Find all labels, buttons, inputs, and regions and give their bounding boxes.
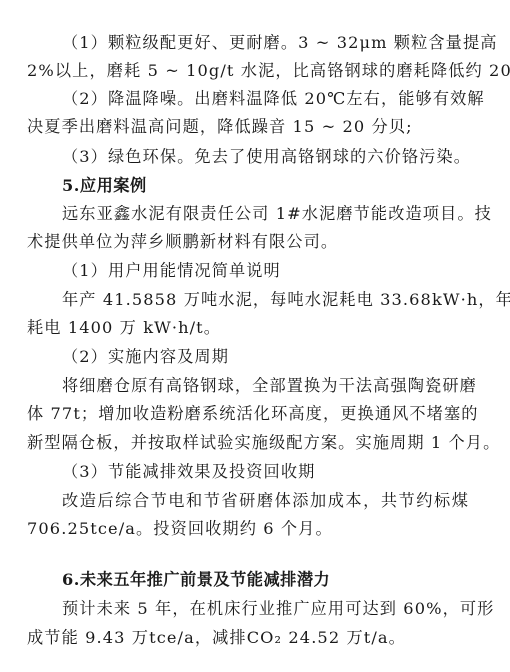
subsection-2-heading: （2）实施内容及周期 — [62, 346, 469, 368]
energy-usage-text: 年产 41.5858 万吨水泥，每吨水泥耗电 33.68kW·h，年 — [62, 289, 469, 311]
savings-text: 改造后综合节电和节省研磨体添加成本，共节约标煤 — [62, 490, 469, 512]
case-intro: 远东亚鑫水泥有限责任公司 1#水泥磨节能改造项目。技 — [62, 203, 469, 225]
section-5-heading: 5.应用案例 — [62, 175, 469, 197]
energy-usage-continuation: 耗电 1400 万 kW·h/t。 — [27, 317, 469, 339]
item-3-green: （3）绿色环保。免去了使用高铬钢球的六价铬污染。 — [62, 146, 469, 168]
outlook-text: 预计未来 5 年，在机床行业推广应用可达到 60%，可形 — [62, 598, 469, 620]
implementation-text: 将细磨仓原有高铬钢球，全部置换为干法高强陶瓷研磨 — [62, 375, 469, 397]
subsection-1-heading: （1）用户用能情况简单说明 — [62, 260, 469, 282]
item-2-cooling-noise: （2）降温降噪。出磨料温降低 20℃左右，能够有效解 — [62, 88, 469, 110]
section-6-heading: 6.未来五年推广前景及节能减排潜力 — [62, 569, 469, 591]
item-1-particle-grading: （1）颗粒级配更好、更耐磨。3 ~ 32μm 颗粒含量提高 — [62, 32, 469, 54]
document-page: （1）颗粒级配更好、更耐磨。3 ~ 32μm 颗粒含量提高 2%以上，磨耗 5 … — [0, 0, 510, 672]
item-1-continuation: 2%以上，磨耗 5 ~ 10g/t 水泥，比高铬钢球的磨耗降低约 20g/t; — [27, 60, 469, 82]
case-intro-continuation: 术提供单位为萍乡顺鹏新材料有限公司。 — [27, 231, 469, 253]
subsection-3-heading: （3）节能减排效果及投资回收期 — [62, 461, 469, 483]
outlook-continuation: 成节能 9.43 万tce/a，减排CO₂ 24.52 万t/a。 — [27, 627, 469, 649]
implementation-continuation-1: 体 77t；增加收造粉磨系统活化环高度，更换通风不堵塞的 — [27, 403, 469, 425]
savings-continuation: 706.25tce/a。投资回收期约 6 个月。 — [27, 518, 469, 540]
item-2-continuation: 决夏季出磨料温高问题，降低躁音 15 ~ 20 分贝; — [27, 116, 469, 138]
implementation-continuation-2: 新型隔仓板，并按取样试验实施级配方案。实施周期 1 个月。 — [27, 432, 469, 454]
